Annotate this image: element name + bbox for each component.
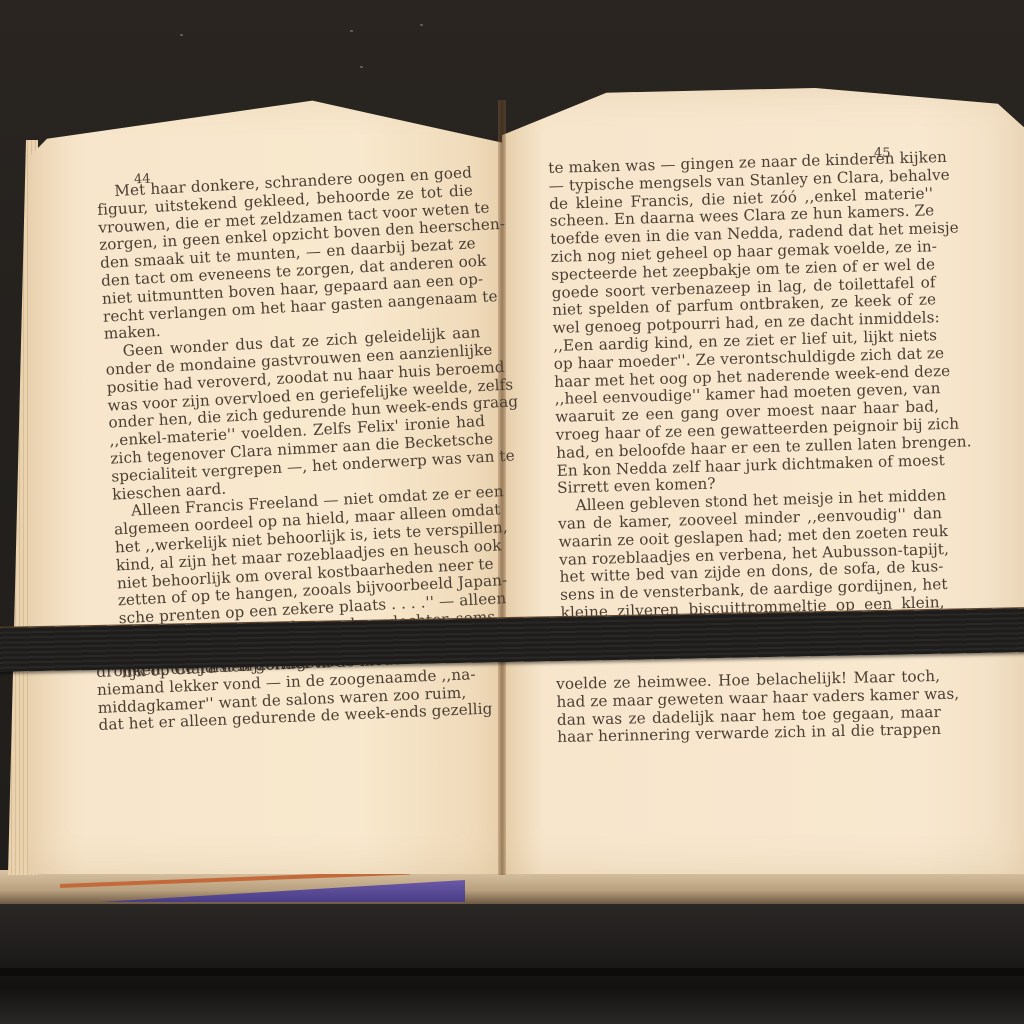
table-speck — [180, 34, 183, 36]
table-speck — [350, 30, 353, 32]
left-page-text-upper: Met haar donkere, schrandere oogen en go… — [96, 164, 498, 681]
table-speck — [360, 66, 363, 68]
table-speck — [420, 24, 423, 26]
shelf-edge — [0, 968, 1024, 976]
right-page-text-lower: voelde ze heimwee. Hoe belachelijk! Maar… — [556, 668, 941, 747]
wooden-shelf — [0, 900, 1024, 1024]
right-page-text-upper: te maken was — gingen ze naar de kindere… — [548, 149, 946, 658]
